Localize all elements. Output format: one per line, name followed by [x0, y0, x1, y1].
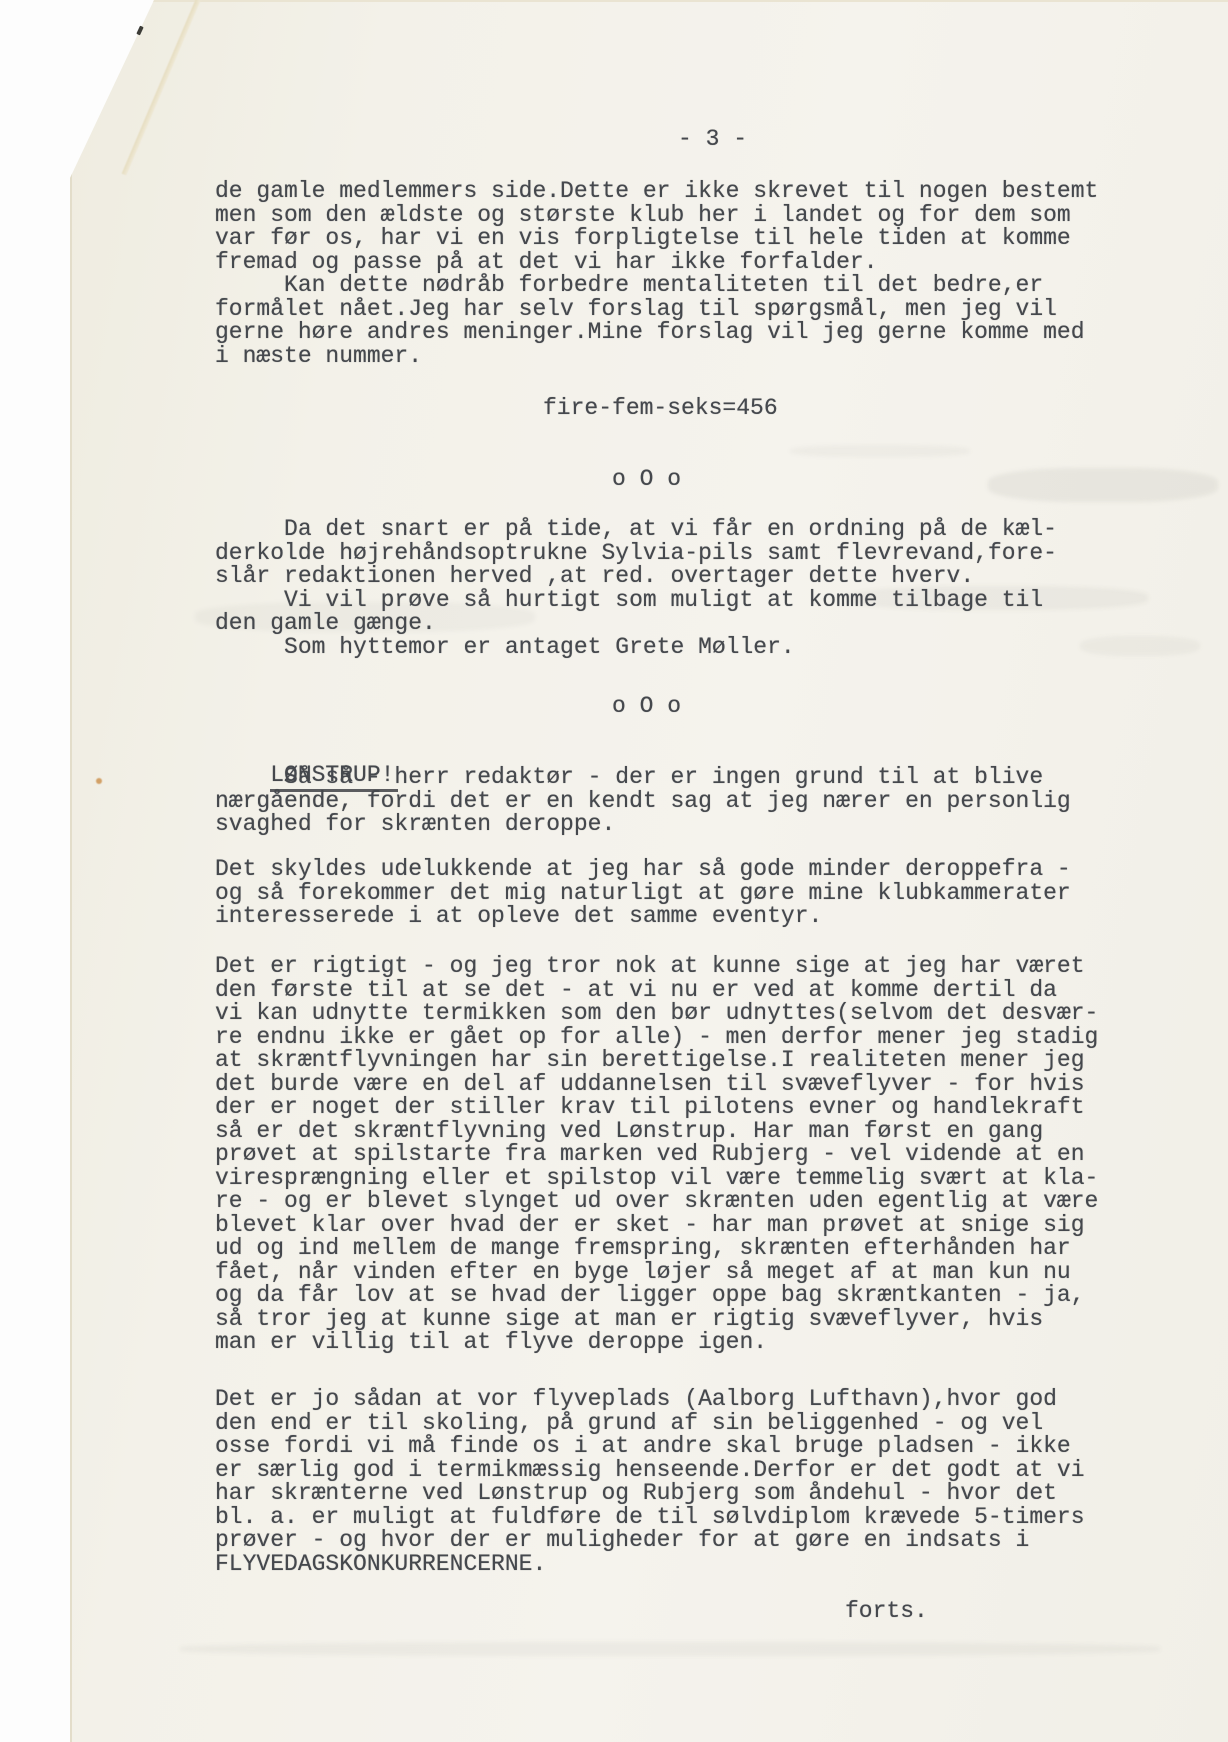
airfield-paragraph: Det er jo sådan at vor flyveplads (Aalbo… [215, 1388, 1085, 1576]
page-number: - 3 - [678, 128, 747, 152]
slope-flying-paragraph: Det er rigtigt - og jeg tror nok at kunn… [215, 955, 1098, 1355]
intro-paragraph: de gamle medlemmers side.Dette er ikke s… [215, 180, 1098, 368]
section-separator-2: o O o [612, 695, 681, 719]
scan-smudge [1080, 636, 1200, 656]
section-separator-1: o O o [612, 468, 681, 492]
sylvia-paragraph: Da det snart er på tide, at vi får en or… [215, 518, 1057, 659]
scan-smudge [180, 1642, 1160, 1656]
signature-code: fire-fem-seks=456 [543, 397, 778, 421]
memories-paragraph: Det skyldes udelukkende at jeg har så go… [215, 858, 1071, 929]
lonstrup-intro-paragraph: Så så - herr redaktør - der er ingen gru… [215, 766, 1071, 837]
ink-dot [96, 778, 102, 784]
scanned-page: - 3 - de gamle medlemmers side.Dette er … [0, 0, 1228, 1742]
scan-smudge [988, 468, 1218, 502]
scan-smudge [790, 445, 970, 457]
continuation-marker: forts. [845, 1600, 928, 1624]
